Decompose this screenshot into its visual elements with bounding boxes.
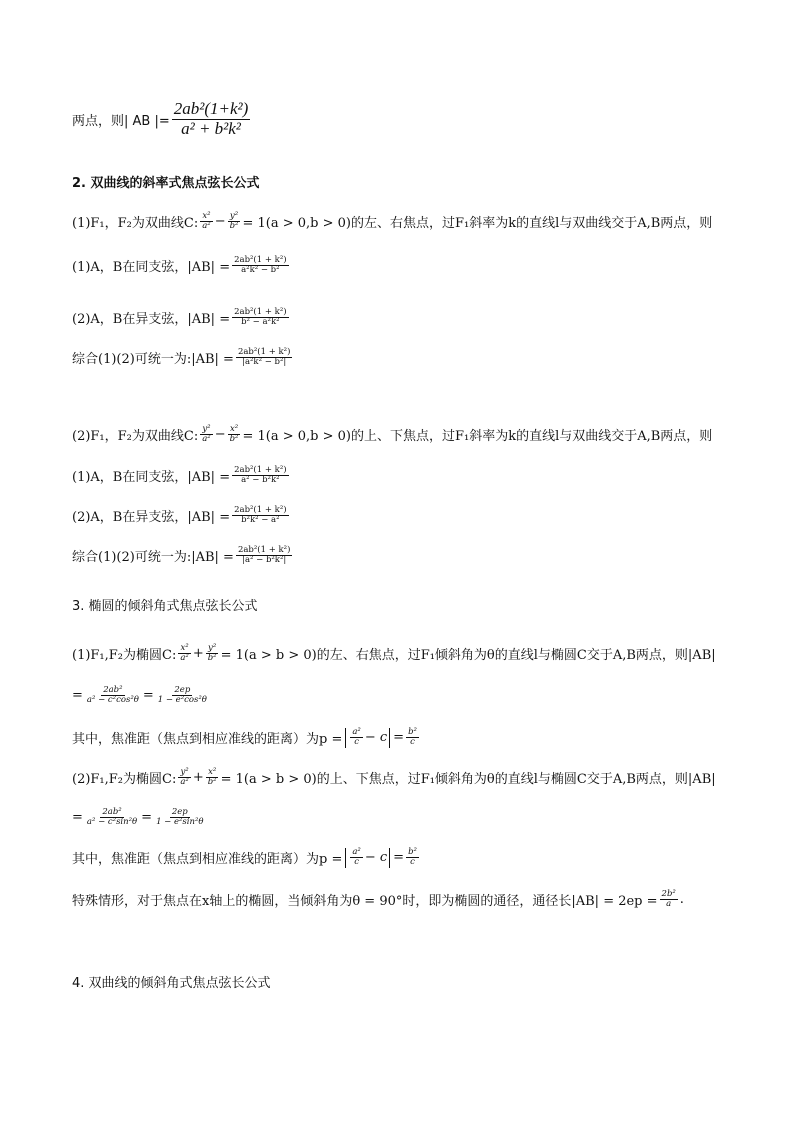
fraction: y²b² [228, 212, 241, 232]
fraction: x²b² [206, 768, 219, 788]
fraction: b²c [406, 728, 419, 748]
fraction: y²b² [206, 644, 219, 664]
fraction: 2ab²(1 + k²)a² − b²k² [232, 466, 288, 486]
hyperbola-h-unified: 综合(1)(2)可统一为:|AB| = 2ab²(1 + k²)|a²k² − … [72, 348, 294, 368]
fraction: a²c [350, 848, 362, 868]
hyperbola-v-same-branch: (1)A，B在同支弦，|AB| = 2ab²(1 + k²)a² − b²k² [72, 466, 291, 486]
ellipse-vertical-statement: (2)F₁,F₂为椭圆C: y²a² + x²b² = 1(a > b > 0)… [72, 768, 716, 788]
fraction: 2ep1 − e²sin²θ [154, 808, 205, 828]
fraction: 2ab²(1 + k²)a²k² − b² [232, 256, 288, 276]
fraction: x²a² [200, 212, 212, 232]
fraction: b²c [406, 848, 419, 868]
hyperbola-v-unified: 综合(1)(2)可统一为:|AB| = 2ab²(1 + k²)|a² − b²… [72, 546, 294, 566]
fraction: 2ab²a² − c²sin²θ [85, 808, 139, 828]
ellipse-h-chord-formula: = 2ab²a² − c²cos²θ = 2ep1 − e²cos²θ [72, 686, 211, 706]
ellipse-horizontal-statement: (1)F₁,F₂为椭圆C: x²a² + y²b² = 1(a > b > 0)… [72, 644, 716, 664]
absolute-value: a²c − c [345, 728, 390, 748]
ellipse-v-chord-formula: = 2ab²a² − c²sin²θ = 2ep1 − e²sin²θ [72, 808, 208, 828]
hyperbola-h-different-branch: (2)A，B在异支弦，|AB| = 2ab²(1 + k²)b² − a²k² [72, 308, 291, 328]
section-2-heading: 2. 双曲线的斜率式焦点弦长公式 [72, 172, 260, 191]
ellipse-chord-formula-tail: 两点，则| AB |= 2ab²(1+k²) a² + b²k² [72, 100, 252, 138]
latus-rectum-special-case: 特殊情形，对于焦点在x轴上的椭圆，当倾斜角为θ = 90°时，即为椭圆的通径，通… [72, 890, 684, 910]
fraction: 2ab²(1 + k²)b² − a²k² [232, 308, 288, 328]
fraction: y²a² [200, 425, 212, 445]
fraction: 2ab²(1 + k²)|a² − b²k²| [236, 546, 292, 566]
focal-directrix-note-2: 其中，焦准距（焦点到相应准线的距离）为p = a²c − c = b²c [72, 848, 421, 868]
hyperbola-v-different-branch: (2)A，B在异支弦，|AB| = 2ab²(1 + k²)b²k² − a² [72, 506, 291, 526]
fraction: a²c [350, 728, 362, 748]
formula-prefix: 两点，则| AB |= [72, 110, 170, 129]
hyperbola-horizontal-statement: (1)F₁，F₂为双曲线C: x²a² − y²b² = 1(a > 0,b >… [72, 212, 712, 232]
hyperbola-vertical-statement: (2)F₁，F₂为双曲线C: y²a² − x²b² = 1(a > 0,b >… [72, 425, 712, 445]
fraction: 2ep1 − e²cos²θ [156, 686, 209, 706]
fraction: y²a² [178, 768, 190, 788]
fraction: 2ab²(1 + k²)|a²k² − b²| [236, 348, 292, 368]
fraction: 2ab²(1 + k²)b²k² − a² [232, 506, 288, 526]
fraction: 2ab²a² − c²cos²θ [85, 686, 141, 706]
fraction: x²b² [228, 425, 241, 445]
section-3-heading: 3. 椭圆的倾斜角式焦点弦长公式 [72, 595, 258, 614]
fraction: 2b²a [660, 890, 678, 910]
focal-directrix-note-1: 其中，焦准距（焦点到相应准线的距离）为p = a²c − c = b²c [72, 728, 421, 748]
fraction: 2ab²(1+k²) a² + b²k² [172, 100, 251, 138]
absolute-value: a²c − c [345, 848, 390, 868]
fraction: x²a² [178, 644, 190, 664]
section-4-heading: 4. 双曲线的倾斜角式焦点弦长公式 [72, 972, 271, 991]
hyperbola-h-same-branch: (1)A，B在同支弦，|AB| = 2ab²(1 + k²)a²k² − b² [72, 256, 291, 276]
